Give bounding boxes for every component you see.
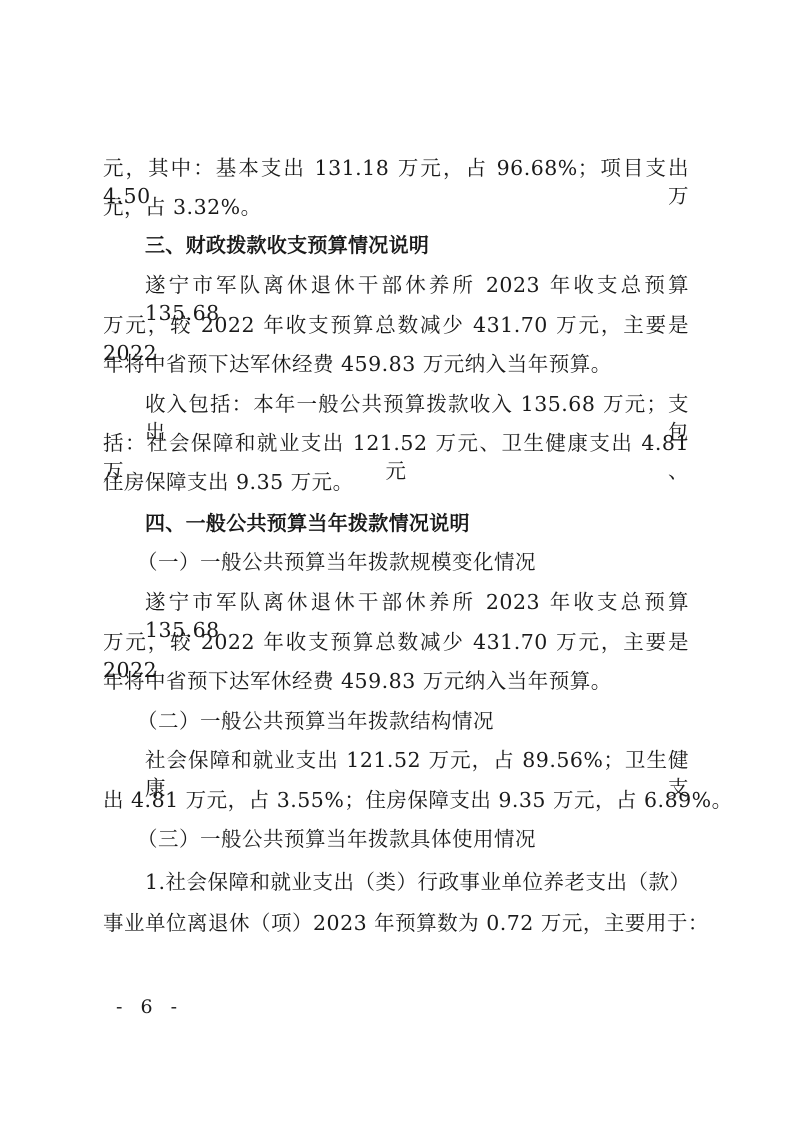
body-line: 年将中省预下达军休经费 459.83 万元纳入当年预算。 [103,667,689,695]
body-line: 出 4.81 万元，占 3.55%；住房保障支出 9.35 万元，占 6.89%… [103,786,689,814]
body-line: 年将中省预下达军休经费 459.83 万元纳入当年预算。 [103,350,689,378]
section-heading-3: 三、财政拨款收支预算情况说明 [145,231,689,259]
subsection-heading-3: （三）一般公共预算当年拨款具体使用情况 [137,825,723,853]
body-line: 事业单位离退休（项）2023 年预算数为 0.72 万元，主要用于： [103,909,689,937]
section-heading-4: 四、一般公共预算当年拨款情况说明 [145,509,689,537]
paragraph-start: 1.社会保障和就业支出（类）行政事业单位养老支出（款） [145,868,689,896]
body-line: 元，占 3.32%。 [103,193,689,221]
document-page: 元，其中：基本支出 131.18 万元，占 96.68%；项目支出 4.50 万… [0,0,793,1122]
subsection-heading-1: （一）一般公共预算当年拨款规模变化情况 [137,548,723,576]
page-number: - 6 - [116,994,183,1020]
body-line: 住房保障支出 9.35 万元。 [103,468,689,496]
subsection-heading-2: （二）一般公共预算当年拨款结构情况 [137,707,723,735]
